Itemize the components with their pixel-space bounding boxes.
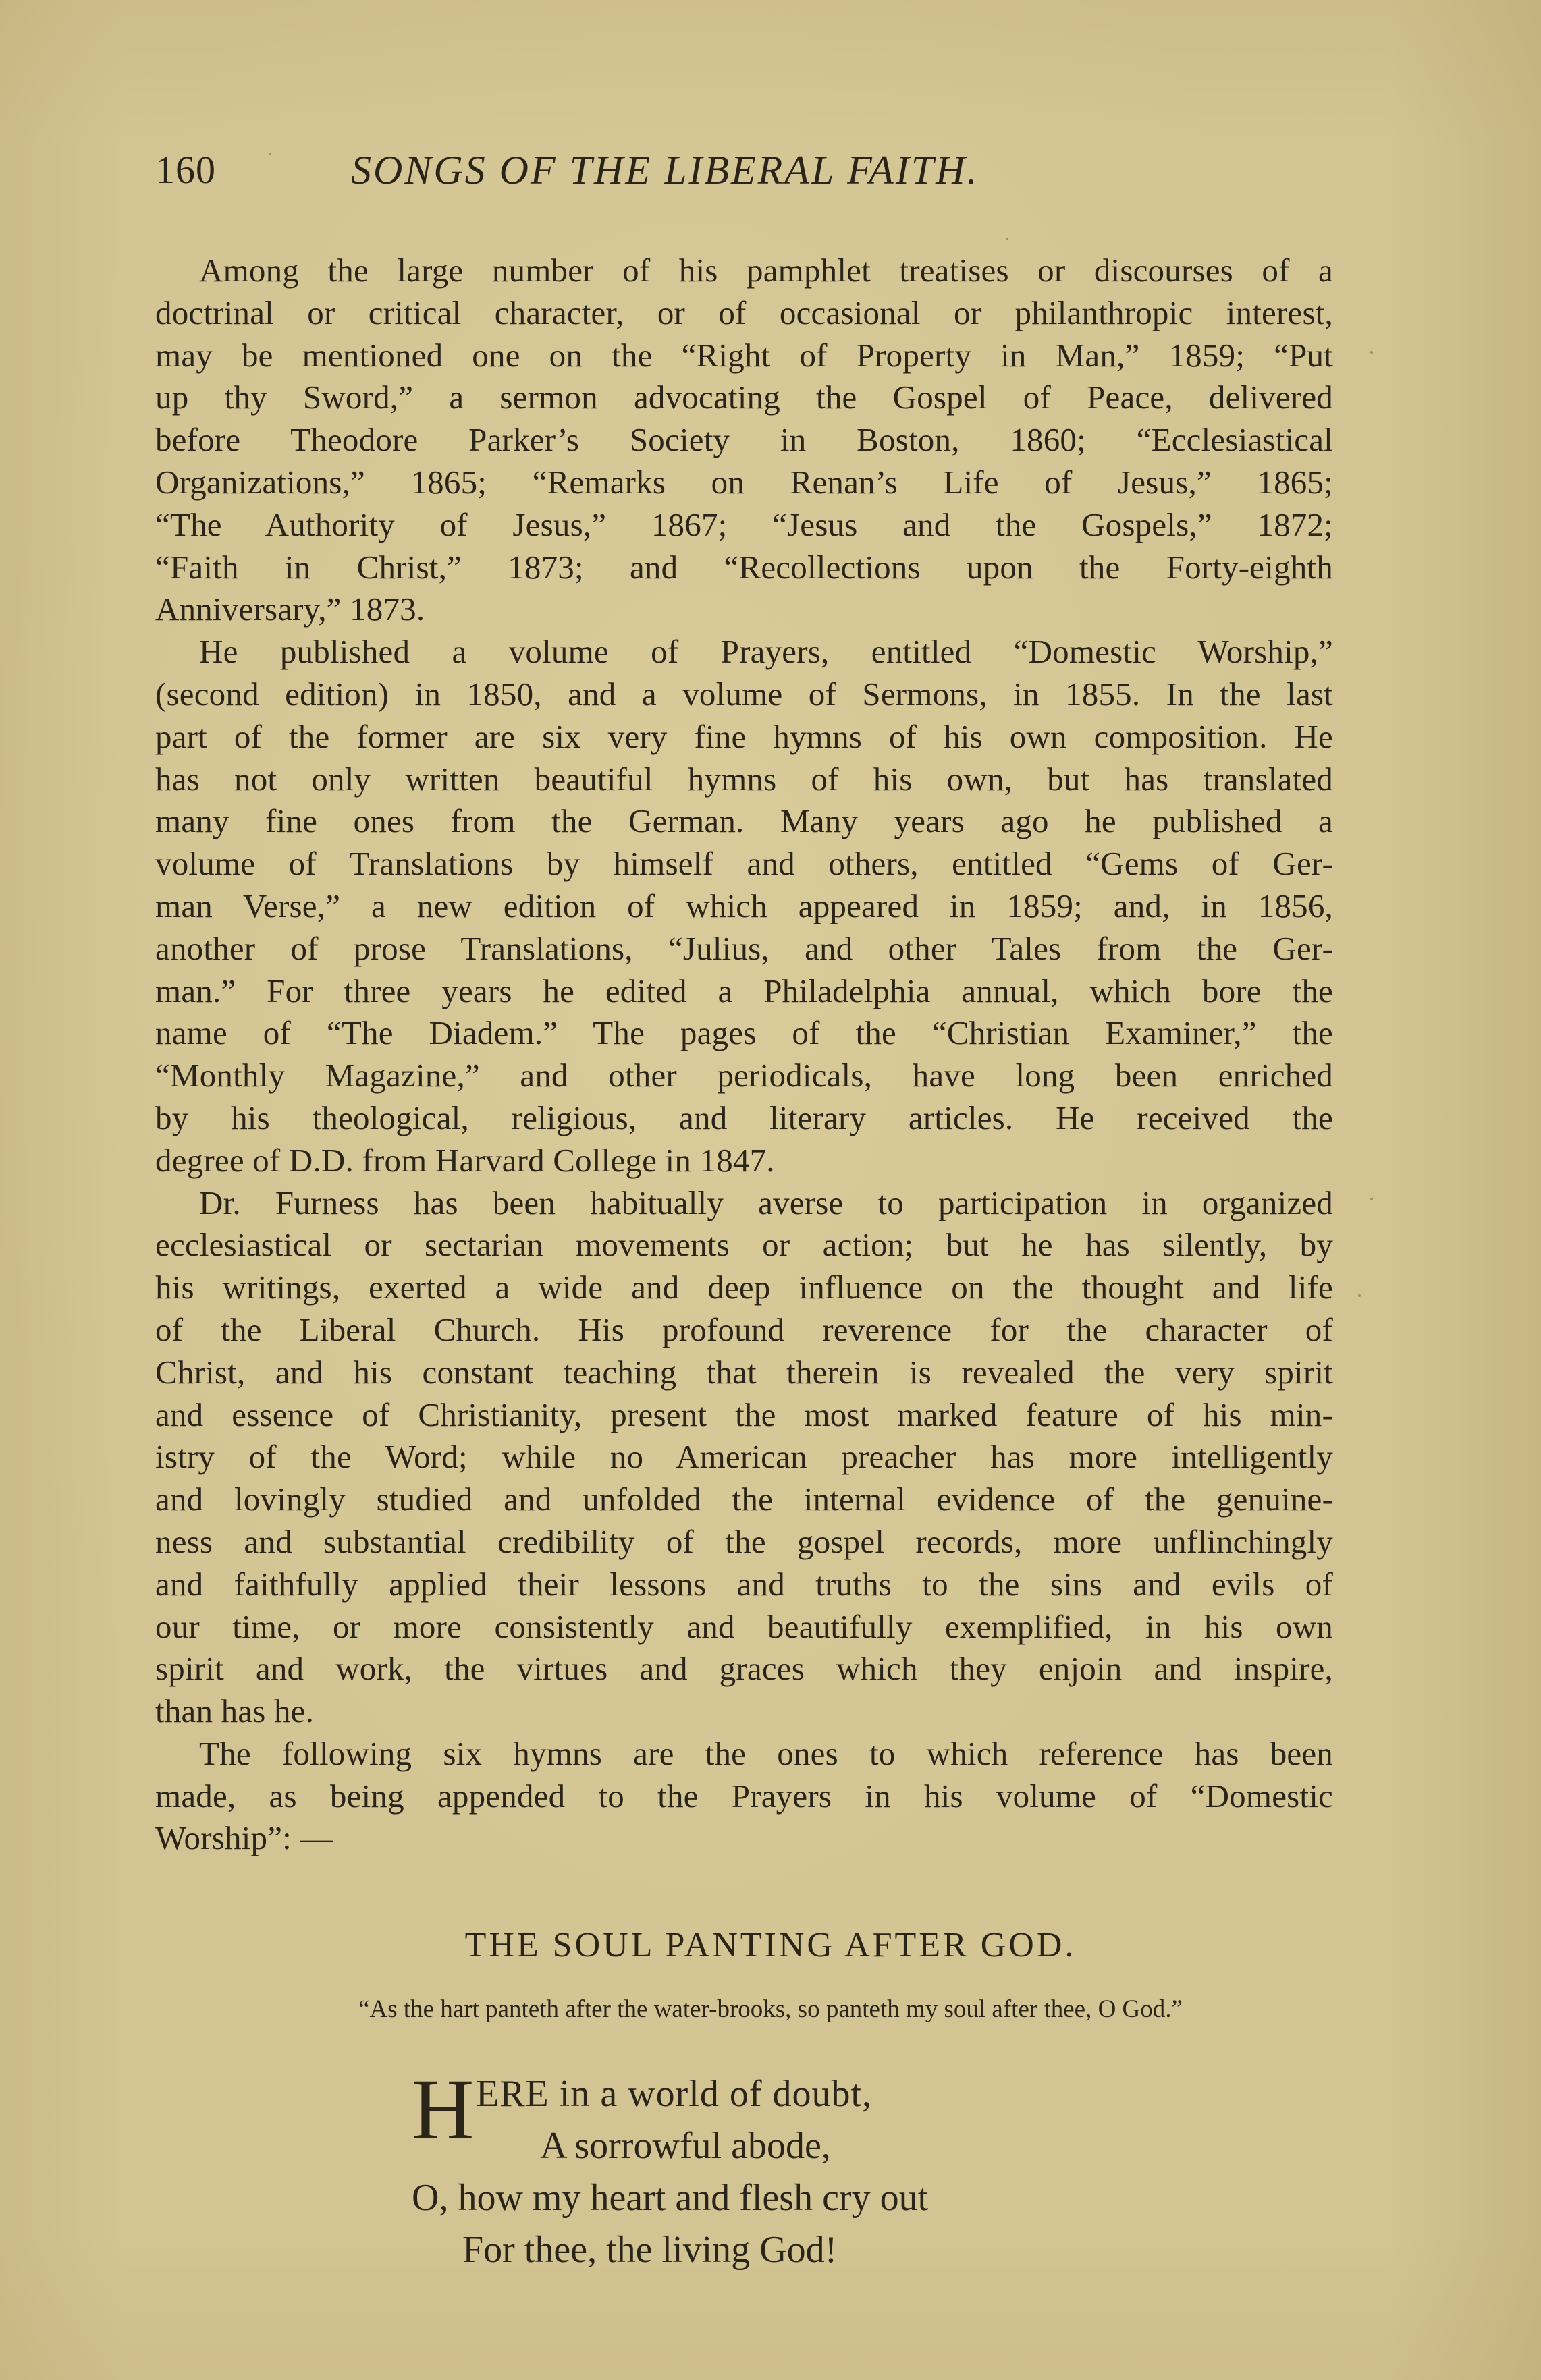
text-line: many fine ones from the German. Many yea…: [155, 800, 1333, 843]
text-line: Christ, and his constant teaching that t…: [155, 1352, 1333, 1394]
text-line: Among the large number of his pamphlet t…: [155, 250, 1333, 292]
text-line: spirit and work, the virtues and graces …: [155, 1648, 1333, 1690]
hymn-stanza: H ERE in a world of doubt, A sorrowful a…: [412, 2068, 1154, 2276]
text-line: man Verse,” a new edition of which appea…: [155, 885, 1333, 928]
text-line: ness and substantial credibility of the …: [155, 1521, 1333, 1563]
verse-line: A sorrowful abode,: [412, 2120, 1154, 2172]
verse-line: ERE in a world of doubt,: [412, 2068, 1154, 2120]
text-line: another of prose Translations, “Julius, …: [155, 928, 1333, 970]
text-line: doctrinal or critical character, or of o…: [155, 292, 1333, 335]
text-line: istry of the Word; while no American pre…: [155, 1436, 1333, 1478]
paragraph-influence: Dr. Furness has been habitually averse t…: [155, 1182, 1333, 1733]
text-line: made, as being appended to the Prayers i…: [155, 1775, 1333, 1818]
running-head: 160 SONGS OF THE LIBERAL FAITH.: [155, 143, 1343, 197]
text-line: ecclesiastical or sectarian movements or…: [155, 1224, 1333, 1267]
text-line: than has he.: [155, 1690, 1333, 1733]
text-line: The following six hymns are the ones to …: [155, 1733, 1333, 1775]
hymn-epigraph: “As the hart panteth after the water-bro…: [0, 1993, 1541, 2026]
text-line: and essence of Christianity, present the…: [155, 1394, 1333, 1437]
paper-speck: [269, 153, 271, 155]
book-page: 160 SONGS OF THE LIBERAL FAITH. Among th…: [0, 0, 1541, 2380]
paragraph-prayers-and-translations: He published a volume of Prayers, entitl…: [155, 631, 1333, 1182]
text-line: “Faith in Christ,” 1873; and “Recollecti…: [155, 547, 1333, 589]
text-line: part of the former are six very fine hym…: [155, 716, 1333, 758]
text-line: his writings, exerted a wide and deep in…: [155, 1267, 1333, 1309]
text-line: He published a volume of Prayers, entitl…: [155, 631, 1333, 673]
text-line: and faithfully applied their lessons and…: [155, 1563, 1333, 1606]
text-line: and lovingly studied and unfolded the in…: [155, 1478, 1333, 1521]
page-number: 160: [155, 143, 216, 197]
text-line: before Theodore Parker’s Society in Bost…: [155, 419, 1333, 462]
verse-line: For thee, the living God!: [412, 2224, 1154, 2276]
text-line: by his theological, religious, and liter…: [155, 1097, 1333, 1140]
text-line: has not only written beautiful hymns of …: [155, 758, 1333, 801]
text-line: Dr. Furness has been habitually averse t…: [155, 1182, 1333, 1225]
verse-line: O, how my heart and flesh cry out: [412, 2172, 1154, 2224]
drop-cap: H: [412, 2072, 474, 2147]
body-text: Among the large number of his pamphlet t…: [155, 250, 1333, 1860]
text-line: up thy Sword,” a sermon advocating the G…: [155, 377, 1333, 419]
paper-speck: [1370, 351, 1373, 354]
text-line: man.” For three years he edited a Philad…: [155, 970, 1333, 1013]
text-line: Worship”: —: [155, 1817, 1333, 1860]
paragraph-hymns-intro: The following six hymns are the ones to …: [155, 1733, 1333, 1860]
text-line: name of “The Diadem.” The pages of the “…: [155, 1012, 1333, 1055]
text-line: may be mentioned one on the “Right of Pr…: [155, 335, 1333, 377]
paper-speck: [1370, 1198, 1373, 1200]
paper-speck: [1006, 238, 1008, 240]
paper-speck: [1358, 1294, 1361, 1297]
paragraph-publications: Among the large number of his pamphlet t…: [155, 250, 1333, 631]
text-line: Organizations,” 1865; “Remarks on Renan’…: [155, 462, 1333, 504]
hymn-title: THE SOUL PANTING AFTER GOD.: [0, 1922, 1541, 1969]
text-line: our time, or more consistently and beaut…: [155, 1606, 1333, 1649]
text-line: “The Authority of Jesus,” 1867; “Jesus a…: [155, 504, 1333, 547]
text-line: degree of D.D. from Harvard College in 1…: [155, 1140, 1333, 1182]
text-line: “Monthly Magazine,” and other periodical…: [155, 1055, 1333, 1097]
text-line: Anniversary,” 1873.: [155, 588, 1333, 631]
text-line: volume of Translations by himself and ot…: [155, 843, 1333, 885]
text-line: of the Liberal Church. His profound reve…: [155, 1309, 1333, 1352]
text-line: (second edition) in 1850, and a volume o…: [155, 673, 1333, 716]
running-title: SONGS OF THE LIBERAL FAITH.: [351, 143, 979, 197]
